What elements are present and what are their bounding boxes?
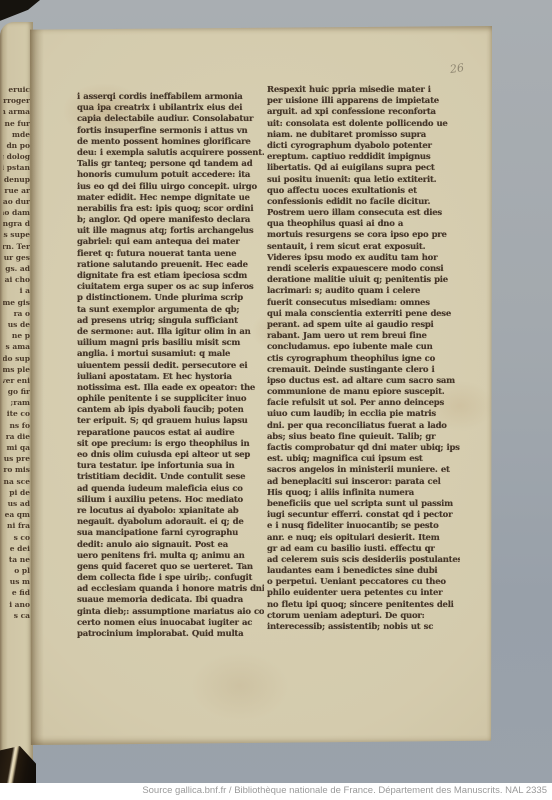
text-fragment: pi de <box>3 487 30 498</box>
manuscript-text-line: Respexit huic ppria misedie mater i <box>267 85 460 96</box>
manuscript-text-line: ad ecclesiam quanda i honore matris dni <box>77 584 264 595</box>
manuscript-text-line: ctis cyrographum theophilus igne co <box>267 354 460 365</box>
text-fragment: o pl <box>3 565 30 576</box>
manuscript-text-line: de sermone: aut. Illa igitur olim in an <box>77 327 264 338</box>
manuscript-text-line: dignitate fra est etiam ipeciosa scdm <box>77 271 264 282</box>
manuscript-text-line: p distinctionem. Unde plurima scrip <box>77 293 264 304</box>
manuscript-text-line: dem collecta fide i spe uirib;. confugit <box>77 573 264 584</box>
text-fragment: iao dur <box>3 196 30 207</box>
text-fragment: ro mis <box>3 464 30 475</box>
manuscript-text-line: gr ad eam cu basilio iusti. effectu qr <box>267 544 460 555</box>
manuscript-text-line: qui mala conscientia exterriti pene dese <box>267 309 460 320</box>
manuscript-text-line: qua ipa creatrix i ubilantrix eius dei <box>77 103 264 114</box>
text-fragment: gs. ad <box>3 263 30 274</box>
manuscript-text-line: interecessib; assistentib; nobis ut sc <box>267 622 460 633</box>
manuscript-text-line: sacros angelos in ministerii muniere. et <box>267 465 460 476</box>
text-fragment: e dei <box>3 543 30 554</box>
source-caption-text: Source gallica.bnf.fr / Bibliothèque nat… <box>142 785 547 796</box>
manuscript-text-line: ophile penitente i se suppliciter inuo <box>77 394 264 405</box>
manuscript-text-line: iuliani apostatam. Et hec hystoria <box>77 372 264 383</box>
manuscript-text-line: ratione salutando preuenit. Hec eade <box>77 260 264 271</box>
manuscript-text-line: mater edidit. Hec nempe dignitate ue <box>77 193 264 204</box>
text-fragment: us pre <box>3 453 30 464</box>
manuscript-text-line: reparatione paucos estat ai audire <box>77 428 264 439</box>
source-caption-bar: Source gallica.bnf.fr / Bibliothèque nat… <box>0 783 552 800</box>
manuscript-text-line: anr. e nuq; eis opitulari desierit. Item <box>267 533 460 544</box>
manuscript-text-line: uit ille magnus atq; fortis archangelus <box>77 226 264 237</box>
text-fragment: ms ple <box>3 364 30 375</box>
text-fragment: rue ar <box>3 185 30 196</box>
previous-page-text-fragments: eruicrrogerin armane furmdedn pog dologi… <box>3 84 30 621</box>
manuscript-text-line: lacrimari: s; audito quam i celere <box>267 286 460 297</box>
manuscript-page: 26 i asserqi cordis ineffabilem armoniaq… <box>30 26 492 745</box>
manuscript-text-line: niam. ne dubitaret promisso supra <box>267 130 460 141</box>
text-fragment: go fir <box>3 386 30 397</box>
folio-number: 26 <box>449 61 465 76</box>
text-fragment: ram; <box>3 397 30 408</box>
manuscript-text-line: o perpetui. Ueniant peccatores cu theo <box>267 577 460 588</box>
text-fragment: mde <box>3 129 30 140</box>
gutter-shadow <box>30 26 44 745</box>
manuscript-text-line: tura testatur. ipe infortunia sua in <box>77 461 264 472</box>
manuscript-text-line: Videres ipsu modo ex auditu tam hor <box>267 253 460 264</box>
text-fragment: rn. Ter <box>3 241 30 252</box>
manuscript-text-line: perant. ad spem uite ai gaudio respi <box>267 320 460 331</box>
text-fragment: in arma <box>3 106 30 117</box>
text-fragment: ngra d <box>3 218 30 229</box>
manuscript-text-line: cantem ab ipis dyaboli faucib; poten <box>77 405 264 416</box>
text-fragment: ao dam <box>3 207 30 218</box>
manuscript-text-line: uit: consolata est dolente pollicendo ue <box>267 119 460 130</box>
manuscript-text-line: ciuitatem erga super os ac sup inferos <box>77 282 264 293</box>
manuscript-text-line: ipso ductus est. ad altare cum sacro sam <box>267 376 460 387</box>
manuscript-text-line: gens quid faceret quo se uerteret. Tan <box>77 562 264 573</box>
text-fragment: me gis <box>3 297 30 308</box>
manuscript-text-line: silium i auxiliu petens. Hoc mediato <box>77 495 264 506</box>
manuscript-text-line: ereptum. captiuo reddidit impignus <box>267 152 460 163</box>
manuscript-text-line: ad quenda iudeum maleficia eius co <box>77 484 264 495</box>
manuscript-text-line: per uisione illi apparens de impietate <box>267 96 460 107</box>
manuscript-text-line: sit ope precium: is ergo theophilus in <box>77 439 264 450</box>
text-fragment: ni fra <box>3 520 30 531</box>
manuscript-text-line: libertatis. Qd ai euigilans supra pect <box>267 163 460 174</box>
manuscript-text-line: certo nomen eius inuocabat iugiter ac <box>77 618 264 629</box>
manuscript-text-line: cremauit. Deinde sustingante clero i <box>267 365 460 376</box>
manuscript-text-line: fuerit consecutus misediam: omnes <box>267 298 460 309</box>
manuscript-text-line: mortuis resurgens se cora ipso epo pre <box>267 230 460 241</box>
manuscript-text-line: uiuo cum laudib; in ecclia pie matris <box>267 409 460 420</box>
text-fragment: e fid <box>3 587 30 598</box>
text-fragment: us m <box>3 576 30 587</box>
manuscript-text-line: ius eo qd dei filiu uirgo concepit. uirg… <box>77 182 264 193</box>
text-fragment: denup <box>3 174 30 185</box>
manuscript-text-line: ta sunt exemplor argumenta de qb; <box>77 305 264 316</box>
manuscript-text-line: eo dnis olim cuiusda epi alteor ut sep <box>77 450 264 461</box>
text-fragment: ea qm <box>3 509 30 520</box>
text-fragment: as supe <box>3 229 30 240</box>
manuscript-text-line: ter eripuit. S; qd grauem huius lapsu <box>77 416 264 427</box>
text-fragment: mi qa <box>3 442 30 453</box>
text-fragment: ne fur <box>3 118 30 129</box>
manuscript-text-line: uero penitens fri. multa q; animu an <box>77 551 264 562</box>
manuscript-text-line: rendi sceleris expauescere modo consi <box>267 264 460 275</box>
manuscript-text-line: arguit. ad xpi confessione reconforta <box>267 107 460 118</box>
manuscript-text-line: no fletu ipi quoq; sincere penitentes de… <box>267 600 460 611</box>
text-fragment: s ca <box>3 610 30 621</box>
manuscript-text-line: Postrem uero illam consecuta est dies <box>267 208 460 219</box>
manuscript-text-line: concludamus. epo iubente male cun <box>267 342 460 353</box>
manuscript-text-line: factis comprobatur qd dni mater ubiq; ip… <box>267 443 460 454</box>
manuscript-text-line: fortis insuperfine sermonis i attus vn <box>77 126 264 137</box>
manuscript-text-line: rabant. Jam uero ut rem breui fine <box>267 331 460 342</box>
manuscript-text-line: negauit. dyabolum adorauit. ei q; de <box>77 517 264 528</box>
text-fragment: i a <box>3 285 30 296</box>
text-column-left: i asserqi cordis ineffabilem armoniaqua … <box>77 92 264 640</box>
manuscript-text-line: laudantes eam i benedictes sine dubi <box>267 566 460 577</box>
manuscript-text-line: anglia. i mortui susamiut: q male <box>77 349 264 360</box>
manuscript-text-line: uilium magni pris basiliu misit scm <box>77 338 264 349</box>
previous-page-edge: eruicrrogerin armane furmdedn pog dologi… <box>0 22 33 762</box>
manuscript-text-line: honoris cumulum potuit accedere: ita <box>77 170 264 181</box>
manuscript-text-line: Talis gr tanteq; persone qd tandem ad <box>77 159 264 170</box>
manuscript-text-line: sentauit, i rem sicut erat exposuit. <box>267 242 460 253</box>
manuscript-text-line: communione de manu epiore suscepit. <box>267 387 460 398</box>
manuscript-text-line: ad celerem suis scis desideriis postulan… <box>267 555 460 566</box>
text-fragment: ur ges <box>3 252 30 263</box>
manuscript-text-line: notissima est. Illa eade ex opeator: the <box>77 383 264 394</box>
manuscript-text-line: est. ubiq; magnifica cui ipsum est <box>267 454 460 465</box>
text-fragment: ra o <box>3 308 30 319</box>
manuscript-text-line: b; anglor. Qd opere manifesto declara <box>77 215 264 226</box>
text-fragment: dn po <box>3 140 30 151</box>
text-fragment: do sup <box>3 353 30 364</box>
text-fragment: s co <box>3 532 30 543</box>
manuscript-text-line: facie refulsit ut sol. Per anno deinceps <box>267 398 460 409</box>
text-fragment: ra die <box>3 431 30 442</box>
manuscript-text-line: de mento possent homines glorificare <box>77 137 264 148</box>
manuscript-text-line: His quoq; i aliis infinita numera <box>267 488 460 499</box>
text-fragment: i pstan <box>3 162 30 173</box>
manuscript-text-line: confessionis edidit no facile dicitur. <box>267 197 460 208</box>
text-column-right: Respexit huic ppria misedie mater iper u… <box>267 85 460 633</box>
manuscript-text-line: e i nusq fideliter inuocantib; se pesto <box>267 521 460 532</box>
manuscript-text-line: ad presens utriq; singula sufficiant <box>77 316 264 327</box>
manuscript-text-line: tristitiam decidit. Unde contulit sese <box>77 472 264 483</box>
book-binding-top-corner <box>0 0 40 22</box>
manuscript-text-line: beneficiis que uel scripta sunt ul passi… <box>267 499 460 510</box>
text-fragment: ver eni <box>3 375 30 386</box>
manuscript-text-line: dedit: anulo aio signauit. Post ea <box>77 540 264 551</box>
manuscript-text-line: patrocinium implorabat. Quid multa <box>77 629 264 640</box>
text-fragment: ta ne <box>3 554 30 565</box>
manuscript-text-line: deu: i exempla salutis acquirere possent… <box>77 148 264 159</box>
text-fragment: ne p <box>3 330 30 341</box>
manuscript-text-line: gabriel: qui eam antequa dei mater <box>77 237 264 248</box>
manuscript-text-line: ad beneplaciti sui insceror: parata cel <box>267 477 460 488</box>
manuscript-text-line: ginta dieb;: assumptione mariatus aio co <box>77 607 264 618</box>
manuscript-text-line: abs; sius beato fine quieuit. Talib; gr <box>267 432 460 443</box>
manuscript-text-line: re locutus ai dyabolo: xpianitate ab <box>77 506 264 517</box>
manuscript-text-line: deratione malitie uiuit q; penitentis pi… <box>267 275 460 286</box>
text-fragment: eruic <box>3 84 30 95</box>
manuscript-photo: eruicrrogerin armane furmdedn pog dologi… <box>0 0 552 800</box>
manuscript-text-line: nerabilis fra est: ipis quoq; scor ordin… <box>77 204 264 215</box>
manuscript-text-line: sua mancipatione farni cyrographu <box>77 528 264 539</box>
manuscript-text-line: uiuentem pessii dedit. persecutore ei <box>77 361 264 372</box>
manuscript-text-line: capia delectabile audiur. Consolabatur <box>77 114 264 125</box>
manuscript-text-line: dni. per qua reconciliatus fuerat a lado <box>267 421 460 432</box>
text-fragment: na sce <box>3 476 30 487</box>
manuscript-text-line: quo affectu uoces exultationis et <box>267 186 460 197</box>
manuscript-text-line: ctorum ueniam adepturi. De quor: <box>267 611 460 622</box>
text-fragment: ai cho <box>3 274 30 285</box>
manuscript-text-line: iugi secuntur efferri. constat qd i pect… <box>267 510 460 521</box>
manuscript-text-line: qua theophilus quasi ai dno a <box>267 219 460 230</box>
manuscript-text-line: i asserqi cordis ineffabilem armonia <box>77 92 264 103</box>
text-fragment: ns fo <box>3 420 30 431</box>
manuscript-text-line: suaue memoria dedicata. Ibi quadra <box>77 595 264 606</box>
text-fragment: g dolog <box>3 151 30 162</box>
text-fragment: us ad <box>3 498 30 509</box>
text-fragment: ite co <box>3 408 30 419</box>
manuscript-text-line: fieret q: futura nouerat tanta uene <box>77 249 264 260</box>
text-fragment: us de <box>3 319 30 330</box>
text-fragment: s ama <box>3 341 30 352</box>
manuscript-text-line: philo euidenter uera petentes cu inter <box>267 588 460 599</box>
manuscript-text-line: sui positu inuenit: qua letio extiterit. <box>267 175 460 186</box>
text-fragment: rroger <box>3 95 30 106</box>
manuscript-text-line: dicti cyrographum dyabolo potenter <box>267 141 460 152</box>
text-fragment: i ano <box>3 599 30 610</box>
